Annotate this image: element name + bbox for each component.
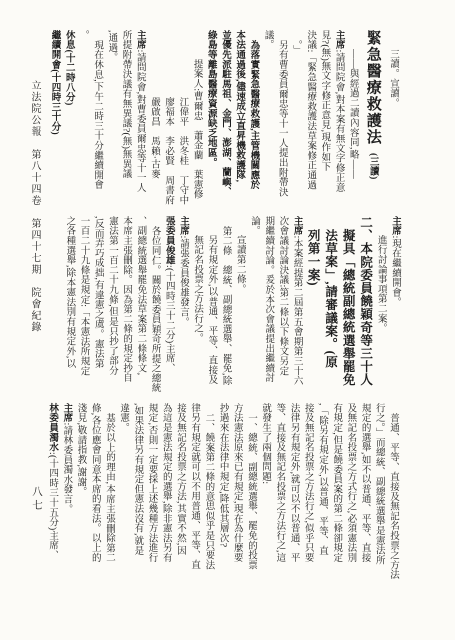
speaker-line: 主席:請張委員俊雄發言。	[176, 216, 190, 396]
text-column: 另有曹委員爾忠等十一人提出附帶決	[275, 30, 289, 223]
text-column: 抄過來在法律中規定,降低其層次?	[215, 403, 229, 591]
text-column: 、副總統選舉罷免法草案第二條條文,	[133, 216, 147, 396]
text-column: 並優先派駐馬祖、金門、澎湖、蘭嶼、	[218, 30, 232, 213]
speaker-line: 主席:請問院會,對曹委員爾忠等十一人	[133, 30, 147, 213]
speaker-name: 林委員濁水	[47, 403, 57, 452]
speaker-name: 張委員俊雄	[164, 216, 174, 265]
text-column: 第二條 總統、副總統選舉、罷免,除	[218, 216, 232, 406]
text-column: 為這是憲法規定的選舉,除非憲法另有	[159, 403, 173, 591]
text-column: 宣讀第二條。	[233, 216, 247, 415]
text-column: 二、饒案第二條的意思似乎是只要法	[201, 403, 215, 601]
text-column: 一百二十九條是規定:「本憲法所規定	[76, 216, 90, 396]
text-column: 等、直接及無記名投票之方法行之,這	[272, 403, 286, 591]
text-column: 接及無記名投票之方法,其實不然,因	[173, 403, 187, 591]
text-column: ,通過。	[104, 30, 118, 213]
text-column: 法律另有規定外,就可以不以普通、平	[286, 403, 300, 591]
agenda-item-line: 擬具「總統副總統選舉罷免	[339, 216, 357, 409]
title-reading-note: (三讀)	[368, 153, 378, 180]
speaker-name: 主席	[292, 216, 302, 236]
speaker-name: 主席	[135, 30, 145, 50]
speaker-line: 張委員俊雄:(十四時三十二分)主席、	[162, 216, 176, 396]
gazette-page: 立法院公報 第八十四卷 第四十七期 院會紀錄 八七 三讀。宣讀。緊急醫療救護法(…	[0, 0, 455, 640]
text-column: 論。	[247, 216, 261, 396]
speaker-name: 主席	[334, 30, 344, 50]
text-column: 淺見,敬請指教,謝謝。	[73, 403, 87, 591]
text-column: 條,各位應會同意本席的看法。以上的	[88, 403, 102, 591]
text-column: 所提附帶決議有無異議?(無)無異議	[118, 30, 132, 213]
text-column: ,反而弄巧成拙,有違憲之虞。憲法第	[91, 216, 105, 396]
text-column: 基於以上的理由,本席主張刪除第二	[102, 403, 116, 601]
text-column: 憲法第一百二十九條,但是只抄了部分	[105, 216, 119, 396]
speaker-line: 主席:本案經提第二屆第五會期第三十六	[289, 216, 303, 396]
text-column: 繼續開會(十四時三十分)	[47, 30, 61, 213]
text-column: 本法通過後,儘速成立直昇機救護隊,	[232, 30, 246, 213]
text-column: 另有規定外,以普通、平等、直接及	[204, 216, 218, 415]
text-column: 進行討論事項第二案。	[374, 216, 388, 415]
text-column: 各位同仁。關於饒委員穎奇所提之總統	[147, 216, 161, 406]
text-column: 本席主張刪除。因為第二條的規定抄自	[119, 216, 133, 396]
text-column: 及無記名投票之方式行之,必須憲法別	[343, 403, 357, 591]
text-column: 三讀。宣讀。	[386, 30, 400, 232]
text-column: 期繼續討論。爰於本次會議提出繼續討	[261, 216, 275, 396]
text-column: 規定的選舉,如不以普通、平等、直接	[357, 403, 371, 591]
text-column: 普通、平等、直接及無記名投票之方法	[386, 403, 400, 601]
spine-title: 立法院公報 第八十四卷 第四十七期 院會紀錄	[27, 80, 42, 333]
text-column: 方法憲法原來已有規定,現在為什麼要	[230, 403, 244, 591]
agenda-item-line: 二、本院委員饒穎奇等三十人	[356, 216, 374, 396]
text-column: 綠島等離島醫療資源缺乏地區。	[204, 30, 218, 213]
text-column: 接及無記名投票之方法行之,似乎只要	[301, 403, 315, 591]
text-column: 休息(十二時八分)	[62, 30, 76, 213]
register-top: 三讀。宣讀。緊急醫療救護法(三讀)——與經過二讀內容同,略——主席:請問院會,對…	[47, 30, 400, 213]
text-column: 行之。」而總統、副總統選舉是憲法所	[372, 403, 386, 591]
speaker-line: 主席:請林委員濁水發言。	[59, 403, 73, 591]
text-column: 之各種選舉,除本憲法別有規定外,以	[62, 216, 76, 396]
text-column: ——與經過二讀內容同,略——	[346, 30, 360, 232]
text-column: 決議:「緊急醫療救護法草案修正通過	[303, 30, 317, 213]
text-column: 有規定,但是饒委員案的第二條卻規定	[329, 403, 343, 591]
page-number: 八七	[29, 486, 44, 513]
text-column: 違憲。	[116, 403, 130, 591]
text-column: 。	[76, 30, 90, 213]
text-column: 現在休息,下午二時三十分繼續開會	[90, 30, 104, 223]
speaker-line: 主席:請問院會,對本案有無文字修正意	[331, 30, 345, 213]
text-column: 見?(無)無文字修正意見,現作如下	[317, 30, 331, 213]
text-column: 。」	[289, 30, 303, 223]
text-column: 一、總統、副總統選舉、罷免的投票	[244, 403, 258, 601]
register-bottom: 普通、平等、直接及無記名投票之方法行之。」而總統、副總統選舉是憲法所規定的選舉,…	[45, 403, 400, 591]
text-column: 議。	[260, 30, 274, 213]
text-column: 規定,否則一定要採上述幾種方法進行	[144, 403, 158, 591]
text-column: 律另有規定就可以不用普通、平等、直	[187, 403, 201, 591]
agenda-item-line: 法草案」,請審議案。(原	[321, 216, 339, 409]
text-column: 提案人:曹爾忠 蕭金蘭 葉憲修	[189, 30, 203, 242]
speaker-name: 主席	[61, 403, 71, 423]
speaker-line: 林委員濁水:(十四時三十五分)主席、	[45, 403, 59, 591]
speaker-name: 主席	[390, 216, 400, 236]
law-title: 緊急醫療救護法(三讀)	[360, 30, 386, 213]
speaker-name: 主席	[178, 216, 188, 236]
text-column: 就發生了兩個問題:	[258, 403, 272, 591]
text-column: 無記名投票之方法行之。	[190, 216, 204, 415]
agenda-item-line: 列第一案)	[304, 216, 322, 409]
text-column: 次會議討論決議:第二條以下條文另定	[275, 216, 289, 396]
text-column: ,如果法律另有規定但憲法沒有,就是	[130, 403, 144, 591]
text-column: 為落實緊急醫療救護,主管機關應於	[246, 30, 260, 223]
speaker-line: 主席:現在繼續開會。	[388, 216, 402, 396]
register-middle: 主席:現在繼續開會。進行討論事項第二案。二、本院委員饒穎奇等三十人擬具「總統副總…	[62, 216, 402, 396]
text-column: ,「除另有規定外,以普通、平等、直	[315, 403, 329, 591]
